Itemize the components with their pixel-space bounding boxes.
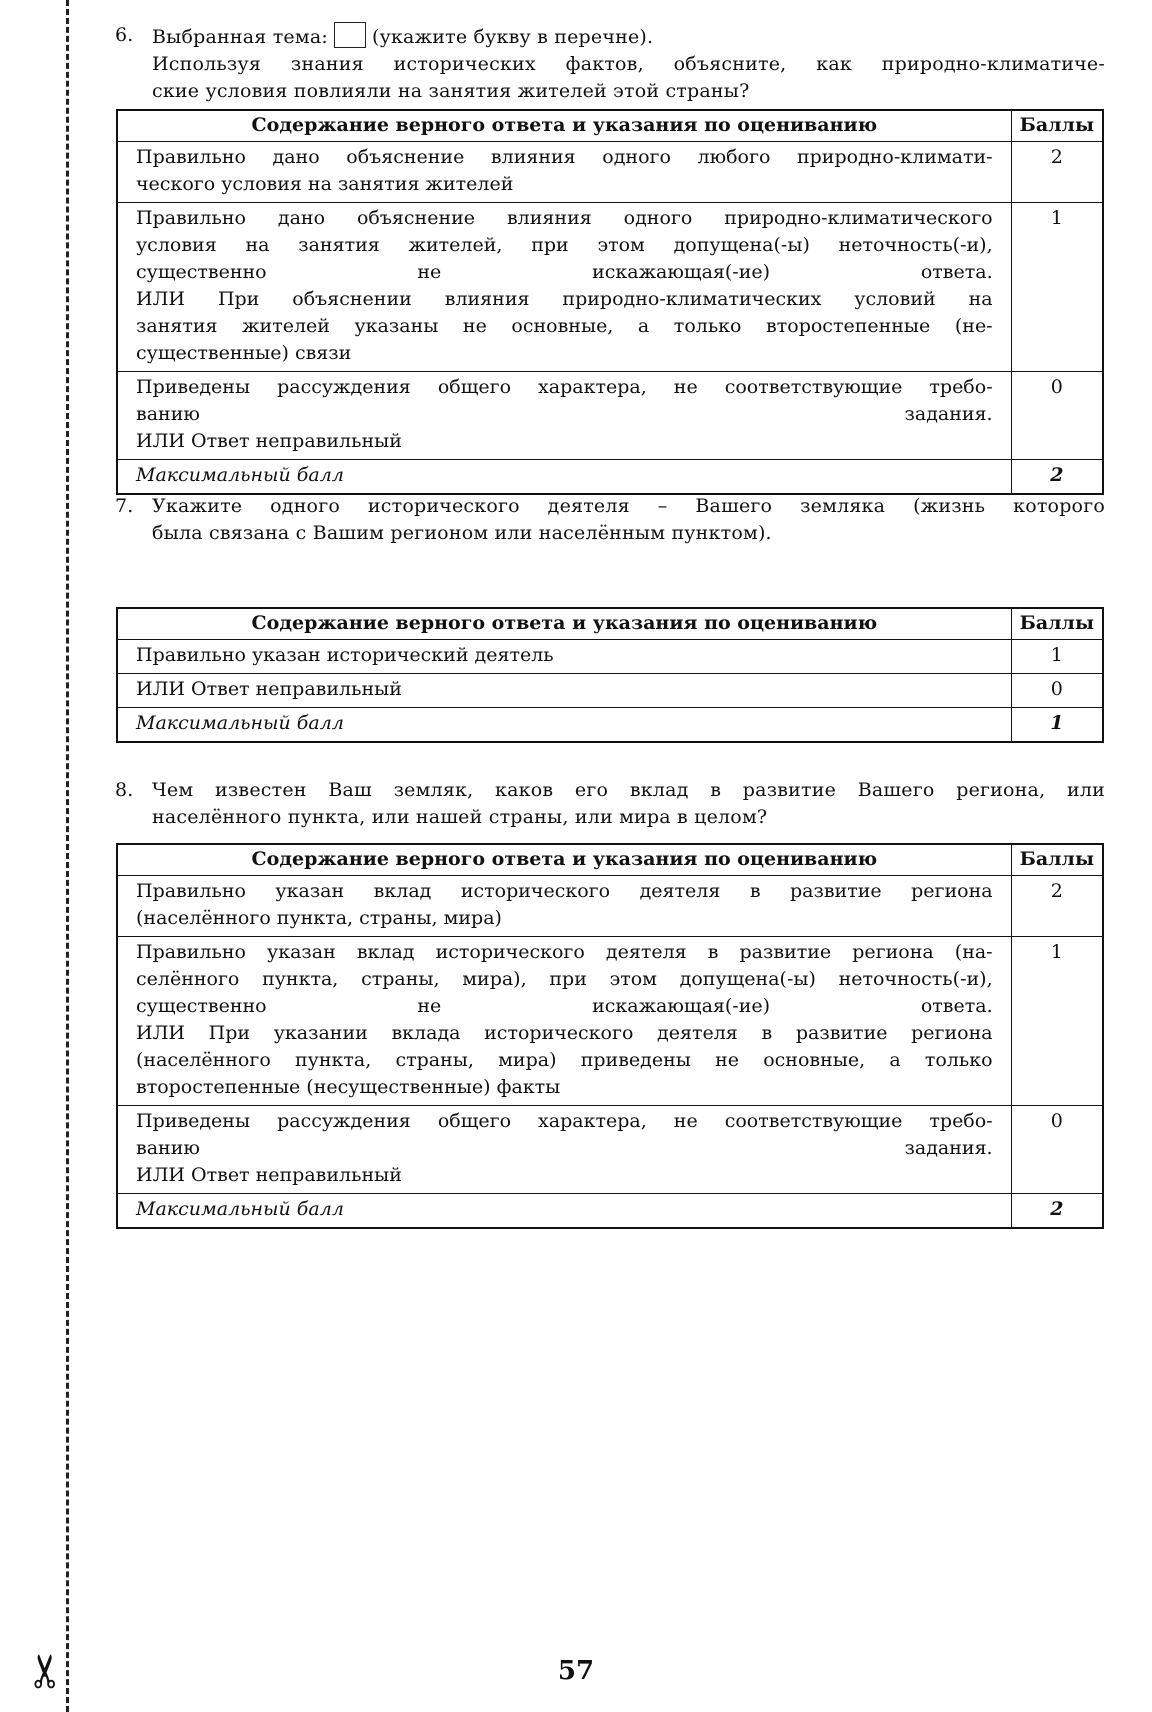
criteria-score: 0 bbox=[1011, 372, 1103, 460]
criteria-line: Правильно дано объяснение влияния одного… bbox=[136, 205, 993, 232]
max-score-label: Максимальный балл bbox=[117, 460, 1011, 495]
table-header-row: Содержание верного ответа и указания по … bbox=[117, 844, 1103, 876]
max-score-value: 2 bbox=[1011, 1194, 1103, 1229]
criteria-line: селённого пункта, страны, мира), при это… bbox=[136, 966, 993, 993]
topic-letter-box[interactable] bbox=[334, 22, 366, 48]
max-score-value: 2 bbox=[1011, 460, 1103, 495]
criteria-description: Приведены рассуждения общего характера, … bbox=[117, 1106, 1011, 1194]
criteria-line: ванию задания. bbox=[136, 401, 993, 428]
score-header: Баллы bbox=[1011, 110, 1103, 142]
criteria-table-6: Содержание верного ответа и указания по … bbox=[116, 109, 1104, 495]
criteria-line: ИЛИ Ответ неправильный bbox=[136, 428, 993, 455]
question-6-line-1: Выбранная тема:(укажите букву в перечне)… bbox=[152, 22, 1105, 51]
criteria-line: Правильно указан вклад исторического дея… bbox=[136, 939, 993, 966]
criteria-description: Правильно указан исторический деятель bbox=[117, 640, 1011, 674]
content-header: Содержание верного ответа и указания по … bbox=[117, 110, 1011, 142]
criteria-line: Приведены рассуждения общего характера, … bbox=[136, 374, 993, 401]
topic-hint: (укажите букву в перечне). bbox=[372, 26, 653, 48]
criteria-score: 0 bbox=[1011, 1106, 1103, 1194]
max-score-label: Максимальный балл bbox=[117, 708, 1011, 743]
question-7: 7. Укажите одного исторического деятеля … bbox=[115, 493, 1105, 547]
criteria-line: (населённого пункта, страны, мира) bbox=[136, 905, 993, 932]
question-text-line: Укажите одного исторического деятеля – В… bbox=[152, 493, 1105, 520]
max-score-row: Максимальный балл1 bbox=[117, 708, 1103, 743]
max-score-row: Максимальный балл2 bbox=[117, 460, 1103, 495]
criteria-line: ИЛИ Ответ неправильный bbox=[136, 676, 993, 703]
criteria-line: существенно не искажающая(-ие) ответа. bbox=[136, 259, 993, 286]
criteria-line: Правильно указан вклад исторического дея… bbox=[136, 878, 993, 905]
page-number: 57 bbox=[0, 1656, 1152, 1686]
criteria-row: Правильно указан вклад исторического дея… bbox=[117, 876, 1103, 937]
question-text-line: Используя знания исторических фактов, об… bbox=[152, 51, 1105, 78]
criteria-score: 0 bbox=[1011, 674, 1103, 708]
criteria-score: 2 bbox=[1011, 876, 1103, 937]
criteria-row: Правильно указан исторический деятель1 bbox=[117, 640, 1103, 674]
max-score-row: Максимальный балл2 bbox=[117, 1194, 1103, 1229]
criteria-description: Правильно указан вклад исторического дея… bbox=[117, 937, 1011, 1106]
table-header-row: Содержание верного ответа и указания по … bbox=[117, 608, 1103, 640]
question-text-line: ские условия повлияли на занятия жителей… bbox=[152, 78, 1105, 105]
score-header: Баллы bbox=[1011, 844, 1103, 876]
criteria-description: ИЛИ Ответ неправильный bbox=[117, 674, 1011, 708]
criteria-description: Правильно дано объяснение влияния одного… bbox=[117, 203, 1011, 372]
criteria-row: Приведены рассуждения общего характера, … bbox=[117, 372, 1103, 460]
criteria-line: ИЛИ При объяснении влияния природно-клим… bbox=[136, 286, 993, 313]
criteria-line: условия на занятия жителей, при этом доп… bbox=[136, 232, 993, 259]
max-score-label: Максимальный балл bbox=[117, 1194, 1011, 1229]
criteria-score: 1 bbox=[1011, 937, 1103, 1106]
criteria-line: ческого условия на занятия жителей bbox=[136, 171, 993, 198]
content-header: Содержание верного ответа и указания по … bbox=[117, 608, 1011, 640]
criteria-line: второстепенные (несущественные) факты bbox=[136, 1074, 993, 1101]
question-8: 8. Чем известен Ваш земляк, каков его вк… bbox=[115, 777, 1105, 831]
criteria-row: ИЛИ Ответ неправильный0 bbox=[117, 674, 1103, 708]
criteria-line: (населённого пункта, страны, мира) приве… bbox=[136, 1047, 993, 1074]
criteria-row: Правильно указан вклад исторического дея… bbox=[117, 937, 1103, 1106]
score-header: Баллы bbox=[1011, 608, 1103, 640]
question-text-line: населённого пункта, или нашей страны, ил… bbox=[152, 804, 1105, 831]
criteria-line: Правильно дано объяснение влияния одного… bbox=[136, 144, 993, 171]
criteria-line: ИЛИ Ответ неправильный bbox=[136, 1162, 993, 1189]
criteria-line: занятия жителей указаны не основные, а т… bbox=[136, 313, 993, 340]
criteria-table-8: Содержание верного ответа и указания по … bbox=[116, 843, 1104, 1229]
table-header-row: Содержание верного ответа и указания по … bbox=[117, 110, 1103, 142]
criteria-score: 1 bbox=[1011, 640, 1103, 674]
topic-label: Выбранная тема: bbox=[152, 26, 328, 48]
question-text-line: была связана с Вашим регионом или населё… bbox=[152, 520, 1105, 547]
question-number: 8. bbox=[115, 777, 134, 804]
criteria-line: Приведены рассуждения общего характера, … bbox=[136, 1108, 993, 1135]
question-number: 7. bbox=[115, 493, 134, 520]
criteria-description: Приведены рассуждения общего характера, … bbox=[117, 372, 1011, 460]
criteria-score: 1 bbox=[1011, 203, 1103, 372]
question-6: 6. Выбранная тема:(укажите букву в переч… bbox=[115, 22, 1105, 105]
criteria-description: Правильно указан вклад исторического дея… bbox=[117, 876, 1011, 937]
criteria-score: 2 bbox=[1011, 142, 1103, 203]
criteria-line: существенно не искажающая(-ие) ответа. bbox=[136, 993, 993, 1020]
criteria-row: Правильно дано объяснение влияния одного… bbox=[117, 142, 1103, 203]
criteria-row: Правильно дано объяснение влияния одного… bbox=[117, 203, 1103, 372]
criteria-table-7: Содержание верного ответа и указания по … bbox=[116, 607, 1104, 743]
question-number: 6. bbox=[115, 22, 134, 49]
criteria-line: ИЛИ При указании вклада исторического де… bbox=[136, 1020, 993, 1047]
criteria-line: существенные) связи bbox=[136, 340, 993, 367]
question-text-line: Чем известен Ваш земляк, каков его вклад… bbox=[152, 777, 1105, 804]
criteria-description: Правильно дано объяснение влияния одного… bbox=[117, 142, 1011, 203]
max-score-value: 1 bbox=[1011, 708, 1103, 743]
criteria-row: Приведены рассуждения общего характера, … bbox=[117, 1106, 1103, 1194]
content-header: Содержание верного ответа и указания по … bbox=[117, 844, 1011, 876]
criteria-line: Правильно указан исторический деятель bbox=[136, 642, 993, 669]
cut-line bbox=[66, 0, 69, 1712]
criteria-line: ванию задания. bbox=[136, 1135, 993, 1162]
